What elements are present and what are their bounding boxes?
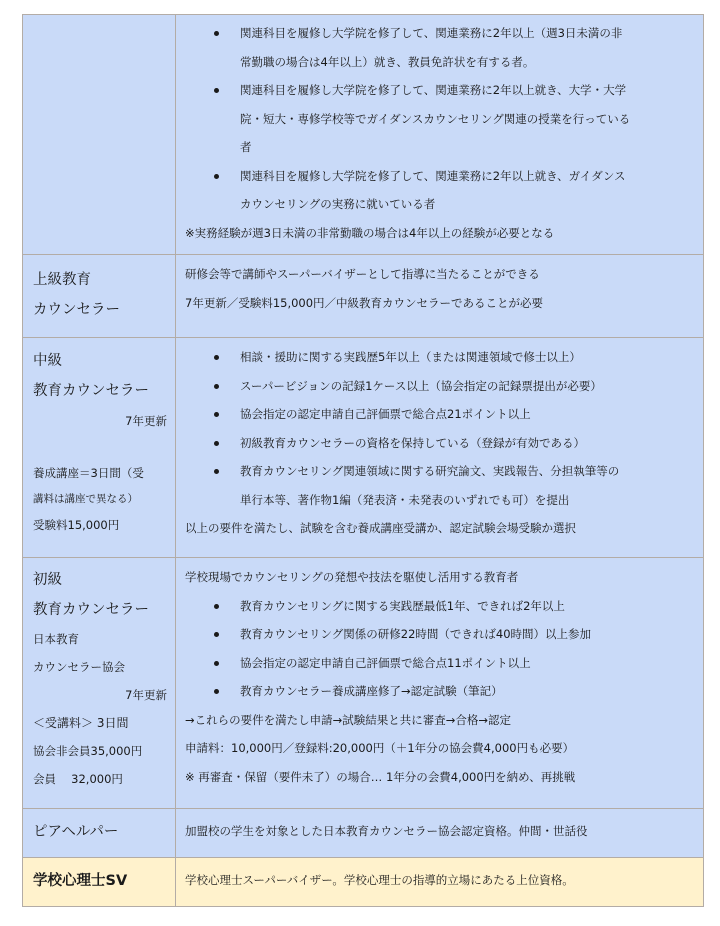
bullet-icon bbox=[214, 412, 219, 417]
list-item: 協会指定の認定申請自己評価票で総合点21ポイント以上 bbox=[185, 400, 695, 429]
bullet-icon bbox=[214, 355, 219, 360]
bullet-icon bbox=[214, 604, 219, 609]
qualification-name: 学校心理士SV bbox=[33, 866, 167, 896]
bullet-text: 初級教育カウンセラーの資格を保持している（登録が有効である） bbox=[240, 429, 695, 458]
name-cell: 学校心理士SV bbox=[23, 858, 176, 907]
renewal-text: 7年更新 bbox=[33, 406, 167, 436]
desc-cell: 研修会等で講師やスーパーバイザーとして指導に当たることができる 7年更新／受験料… bbox=[176, 255, 704, 338]
bullet-icon bbox=[214, 469, 219, 474]
bullet-text: 関連科目を履修し大学院を修了して、関連業務に2年以上就き、ガイダンス bbox=[240, 162, 695, 191]
list-item: 教育カウンセリング関係の研修22時間（できれば40時間）以上参加 bbox=[185, 620, 695, 649]
bullet-text: 者 bbox=[240, 133, 695, 162]
table-row-school-psychologist-sv: 学校心理士SV 学校心理士スーパーバイザー。学校心理士の指導的立場にあたる上位資… bbox=[23, 858, 704, 907]
name-cell-empty bbox=[23, 15, 176, 255]
fee-line: 協会非会員35,000円 bbox=[33, 737, 167, 765]
desc-cell: 加盟校の学生を対象とした日本教育カウンセラー協会認定資格。仲間・世話役 bbox=[176, 809, 704, 858]
bullet-text: 関連科目を履修し大学院を修了して、関連業務に2年以上（週3日未満の非 bbox=[240, 19, 695, 48]
table-row-intermediate-counselor: 中級 教育カウンセラー 7年更新 養成講座＝3日間（受 講料は講座で異なる） 受… bbox=[23, 338, 704, 558]
bullet-text: 協会指定の認定申請自己評価票で総合点11ポイント以上 bbox=[240, 649, 695, 678]
process-text: →これらの要件を満たし申請→試験結果と共に審査→合格→認定 bbox=[185, 706, 695, 735]
name-cell: 中級 教育カウンセラー 7年更新 養成講座＝3日間（受 講料は講座で異なる） 受… bbox=[23, 338, 176, 558]
name-cell: 初級 教育カウンセラー 日本教育 カウンセラー協会 7年更新 ＜受講料＞ 3日間… bbox=[23, 558, 176, 809]
org-name: カウンセラー協会 bbox=[33, 653, 167, 681]
name-cell: 上級教育 カウンセラー bbox=[23, 255, 176, 338]
note-text: ※実務経験が週3日未満の非常勤職の場合は4年以上の経験が必要となる bbox=[185, 219, 695, 248]
fee-text: 申請料：10,000円／登録料:20,000円（＋1年分の協会費4,000円も必… bbox=[185, 734, 695, 763]
list-item: 協会指定の認定申請自己評価票で総合点11ポイント以上 bbox=[185, 649, 695, 678]
org-name: 日本教育 bbox=[33, 625, 167, 653]
table-row-continuation: 関連科目を履修し大学院を修了して、関連業務に2年以上（週3日未満の非 常勤職の場… bbox=[23, 15, 704, 255]
bullet-icon bbox=[214, 661, 219, 666]
qualification-name: 上級教育 bbox=[33, 265, 167, 295]
bullet-icon bbox=[214, 31, 219, 36]
bullet-icon bbox=[214, 384, 219, 389]
list-item: 教育カウンセリング関連領域に関する研究論文、実践報告、分担執筆等の 単行本等、著… bbox=[185, 457, 695, 514]
bullet-icon bbox=[214, 441, 219, 446]
desc-cell: 関連科目を履修し大学院を修了して、関連業務に2年以上（週3日未満の非 常勤職の場… bbox=[176, 15, 704, 255]
list-item: 相談・援助に関する実践歴5年以上（または関連領域で修士以上） bbox=[185, 343, 695, 372]
table-row-senior-counselor: 上級教育 カウンセラー 研修会等で講師やスーパーバイザーとして指導に当たることが… bbox=[23, 255, 704, 338]
bullet-icon bbox=[214, 174, 219, 179]
table-row-beginner-counselor: 初級 教育カウンセラー 日本教育 カウンセラー協会 7年更新 ＜受講料＞ 3日間… bbox=[23, 558, 704, 809]
qualification-name: 中級 bbox=[33, 346, 167, 376]
bullet-text: 教育カウンセリングに関する実践歴最低1年、できれば2年以上 bbox=[240, 592, 695, 621]
intro-text: 学校現場でカウンセリングの発想や技法を駆使し活用する教育者 bbox=[185, 563, 695, 592]
renewal-text: 7年更新 bbox=[33, 681, 167, 709]
list-item: 教育カウンセリングに関する実践歴最低1年、できれば2年以上 bbox=[185, 592, 695, 621]
exam-fee: 受験料15,000円 bbox=[33, 512, 167, 538]
desc-cell: 相談・援助に関する実践歴5年以上（または関連領域で修士以上） スーパービジョンの… bbox=[176, 338, 704, 558]
desc-cell: 学校現場でカウンセリングの発想や技法を駆使し活用する教育者 教育カウンセリングに… bbox=[176, 558, 704, 809]
desc-line: 加盟校の学生を対象とした日本教育カウンセラー協会認定資格。仲間・世話役 bbox=[185, 817, 695, 846]
name-cell: ピアヘルパー bbox=[23, 809, 176, 858]
qualification-table: 関連科目を履修し大学院を修了して、関連業務に2年以上（週3日未満の非 常勤職の場… bbox=[22, 14, 704, 907]
course-info: 講料は講座で異なる） bbox=[33, 486, 167, 512]
bullet-text: 相談・援助に関する実践歴5年以上（または関連領域で修士以上） bbox=[240, 343, 695, 372]
list-item: スーパービジョンの記録1ケース以上（協会指定の記録票提出が必要） bbox=[185, 372, 695, 401]
list-item: 関連科目を履修し大学院を修了して、関連業務に2年以上（週3日未満の非 常勤職の場… bbox=[185, 19, 695, 76]
note-text: 以上の要件を満たし、試験を含む養成講座受講か、認定試験会場受験か選択 bbox=[185, 514, 695, 543]
bullet-icon bbox=[214, 88, 219, 93]
bullet-text: 教育カウンセリング関係の研修22時間（できれば40時間）以上参加 bbox=[240, 620, 695, 649]
table-row-peer-helper: ピアヘルパー 加盟校の学生を対象とした日本教育カウンセラー協会認定資格。仲間・世… bbox=[23, 809, 704, 858]
bullet-icon bbox=[214, 689, 219, 694]
list-item: 関連科目を履修し大学院を修了して、関連業務に2年以上就き、ガイダンス カウンセリ… bbox=[185, 162, 695, 219]
course-info: 養成講座＝3日間（受 bbox=[33, 460, 167, 486]
note-text: ※ 再審査・保留（要件未了）の場合… 1年分の会費4,000円を納め、再挑戦 bbox=[185, 763, 695, 792]
desc-cell: 学校心理士スーパーバイザー。学校心理士の指導的立場にあたる上位資格。 bbox=[176, 858, 704, 907]
bullet-text: スーパービジョンの記録1ケース以上（協会指定の記録票提出が必要） bbox=[240, 372, 695, 401]
qualification-name: ピアヘルパー bbox=[33, 817, 167, 847]
bullet-text: 院・短大・専修学校等でガイダンスカウンセリング関連の授業を行っている bbox=[240, 105, 695, 134]
bullet-text: 教育カウンセリング関連領域に関する研究論文、実践報告、分担執筆等の bbox=[240, 457, 695, 486]
qualification-name: 教育カウンセラー bbox=[33, 595, 167, 625]
list-item: 関連科目を履修し大学院を修了して、関連業務に2年以上就き、大学・大学 院・短大・… bbox=[185, 76, 695, 162]
bullet-text: 単行本等、著作物1編（発表済・未発表のいずれでも可）を提出 bbox=[240, 486, 695, 515]
qualification-name: 初級 bbox=[33, 565, 167, 595]
desc-line: 7年更新／受験料15,000円／中級教育カウンセラーであることが必要 bbox=[185, 289, 695, 318]
desc-line: 研修会等で講師やスーパーバイザーとして指導に当たることができる bbox=[185, 260, 695, 289]
bullet-text: カウンセリングの実務に就いている者 bbox=[240, 190, 695, 219]
list-item: 初級教育カウンセラーの資格を保持している（登録が有効である） bbox=[185, 429, 695, 458]
fee-line: 会員 32,000円 bbox=[33, 765, 167, 793]
fee-line: ＜受講料＞ 3日間 bbox=[33, 709, 167, 737]
bullet-text: 常勤職の場合は4年以上）就き、教員免許状を有する者。 bbox=[240, 48, 695, 77]
qualification-name: カウンセラー bbox=[33, 295, 167, 325]
list-item: 教育カウンセラー養成講座修了→認定試験（筆記） bbox=[185, 677, 695, 706]
desc-line: 学校心理士スーパーバイザー。学校心理士の指導的立場にあたる上位資格。 bbox=[185, 866, 695, 895]
bullet-text: 関連科目を履修し大学院を修了して、関連業務に2年以上就き、大学・大学 bbox=[240, 76, 695, 105]
qualification-name: 教育カウンセラー bbox=[33, 376, 167, 406]
bullet-icon bbox=[214, 632, 219, 637]
bullet-text: 協会指定の認定申請自己評価票で総合点21ポイント以上 bbox=[240, 400, 695, 429]
bullet-text: 教育カウンセラー養成講座修了→認定試験（筆記） bbox=[240, 677, 695, 706]
